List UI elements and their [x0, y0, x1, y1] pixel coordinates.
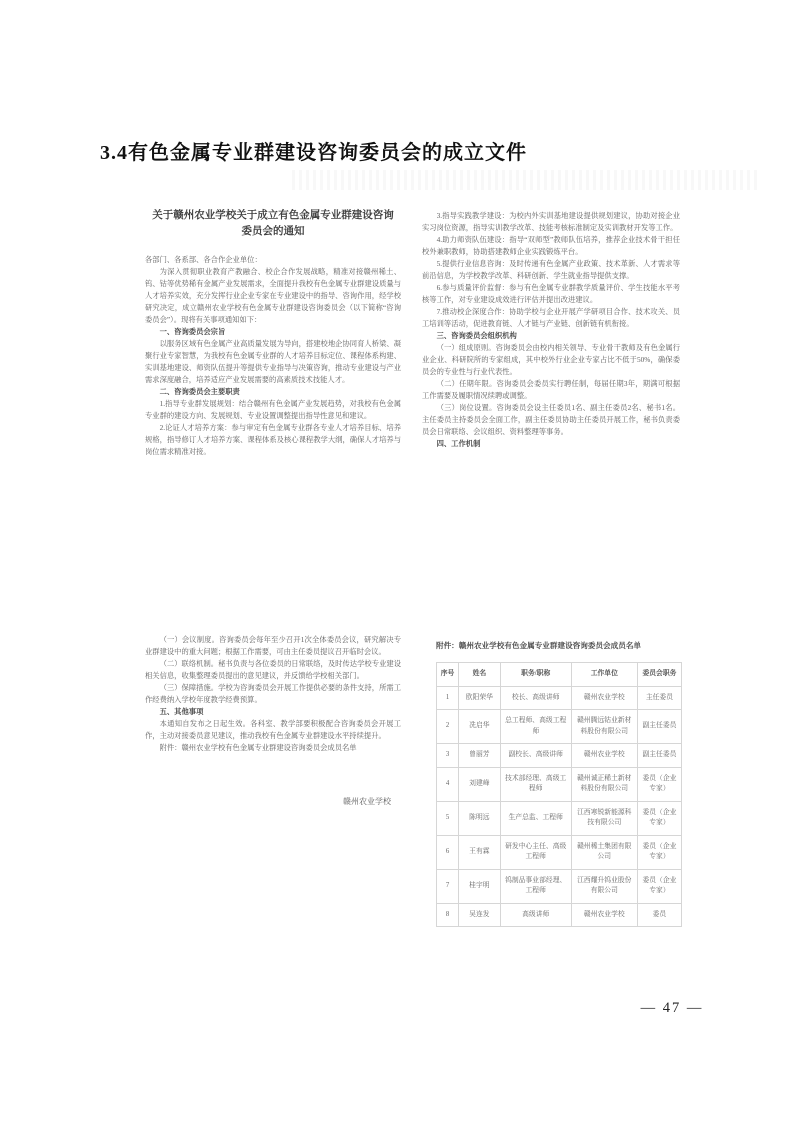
members-table: 序号 姓名 职务/职称 工作单位 委员会职务 1 欧阳荣华 校长、高级讲师 赣州… [436, 662, 682, 927]
cell-unit: 赣州稀土集团有限公司 [571, 835, 637, 869]
notice-paragraph: （三）保障措施。学校为咨询委员会开展工作提供必要的条件支持，所需工作经费纳入学校… [145, 682, 401, 706]
notice-paragraph: （三）岗位设置。咨询委员会设主任委员1名、副主任委员2名、秘书1名。主任委员主持… [422, 402, 680, 438]
cell-no: 4 [437, 767, 459, 801]
cell-role: 委员（企业专家） [637, 835, 681, 869]
notice-paragraph: 7.推动校企深度合作：协助学校与企业开展产学研项目合作、技术攻关、员工培训等活动… [422, 306, 680, 330]
table-row: 1 欧阳荣华 校长、高级讲师 赣州农业学校 主任委员 [437, 686, 682, 710]
notice-section-3-heading: 三、咨询委员会组织机构 [422, 330, 680, 342]
scan-artifact-band [292, 170, 758, 190]
cell-title: 总工程师、高级工程师 [500, 710, 571, 744]
notice-paragraph: 6.参与质量评价监督：参与有色金属专业群教学质量评价、学生技能水平考核等工作，对… [422, 282, 680, 306]
notice-paragraph: 4.助力师资队伍建设：指导“双师型”教师队伍培养，推荐企业技术骨干担任校外兼职教… [422, 234, 680, 258]
cell-name: 吴连发 [459, 903, 501, 927]
notice-paragraph: 3.指导实践教学建设：为校内外实训基地建设提供规划建议，协助对接企业实习岗位资源… [422, 210, 680, 234]
section-heading: 3.4有色金属专业群建设咨询委员会的成立文件 [100, 136, 700, 165]
notice-paragraph: 本通知自发布之日起生效。各科室、教学部要积极配合咨询委员会开展工作，主动对接委员… [145, 718, 401, 742]
cell-name: 欧阳荣华 [459, 686, 501, 710]
cell-unit: 赣州农业学校 [571, 744, 637, 768]
cell-role: 委员 [637, 903, 681, 927]
notice-paragraph: （二）联络机制。秘书负责与各位委员的日常联络，及时传达学校专业建设相关信息，收集… [145, 658, 401, 682]
notice-page-1: 关于赣州农业学校关于成立有色金属专业群建设咨询委员会的通知 各部门、各系部、各合… [145, 208, 401, 458]
cell-name: 冼启华 [459, 710, 501, 744]
table-row: 4 刘建峰 技术部经理、高级工程师 赣州诚正稀土新材料股份有限公司 委员（企业专… [437, 767, 682, 801]
attachment-title: 附件：赣州农业学校有色金属专业群建设咨询委员会成员名单 [436, 640, 682, 652]
cell-title: 钨制品事业部经理、工程师 [500, 869, 571, 903]
cell-unit: 江西寒锐新能源科技有限公司 [571, 801, 637, 835]
notice-section-1-heading: 一、咨询委员会宗旨 [145, 326, 401, 338]
notice-paragraph: 1.指导专业群发展规划：结合赣州有色金属产业发展趋势，对我校有色金属专业群的建设… [145, 398, 401, 422]
column-header: 职务/职称 [500, 663, 571, 687]
table-row: 2 冼启华 总工程师、高级工程师 赣州腾远钴业新材料股份有限公司 副主任委员 [437, 710, 682, 744]
notice-title: 关于赣州农业学校关于成立有色金属专业群建设咨询委员会的通知 [151, 208, 395, 240]
cell-role: 委员（企业专家） [637, 767, 681, 801]
cell-no: 1 [437, 686, 459, 710]
column-header: 委员会职务 [637, 663, 681, 687]
notice-salutation: 各部门、各系部、各合作企业单位： [145, 254, 401, 266]
notice-attachment-note: 附件：赣州农业学校有色金属专业群建设咨询委员会成员名单 [145, 742, 401, 754]
cell-unit: 赣州农业学校 [571, 686, 637, 710]
notice-paragraph-intro: 为深入贯彻职业教育产教融合、校企合作发展战略，精准对接赣州稀土、钨、钴等优势稀有… [145, 266, 401, 326]
cell-name: 桂宇明 [459, 869, 501, 903]
notice-paragraph: 以服务区域有色金属产业高质量发展为导向，搭建校地企协同育人桥梁、凝聚行业专家智慧… [145, 338, 401, 386]
document-page: { "page": { "heading": "3.4有色金属专业群建设咨询委员… [0, 0, 794, 1123]
cell-role: 主任委员 [637, 686, 681, 710]
cell-name: 曾丽芳 [459, 744, 501, 768]
notice-paragraph: （二）任期年限。咨询委员会委员实行聘任制，每届任期3年，期满可根据工作需要及履职… [422, 378, 680, 402]
notice-page-3: （一）会议制度。咨询委员会每年至少召开1次全体委员会议，研究解决专业群建设中的重… [145, 634, 401, 816]
table-row: 7 桂宇明 钨制品事业部经理、工程师 江西耀升钨业股份有限公司 委员（企业专家） [437, 869, 682, 903]
cell-role: 副主任委员 [637, 710, 681, 744]
table-row: 3 曾丽芳 副校长、高级讲师 赣州农业学校 副主任委员 [437, 744, 682, 768]
cell-title: 校长、高级讲师 [500, 686, 571, 710]
column-header: 工作单位 [571, 663, 637, 687]
notice-paragraph: （一）组成原则。咨询委员会由校内相关领导、专业骨干教师及有色金属行业企业、科研院… [422, 342, 680, 378]
cell-title: 技术部经理、高级工程师 [500, 767, 571, 801]
notice-section-4-heading: 四、工作机制 [422, 438, 680, 450]
cell-no: 6 [437, 835, 459, 869]
cell-title: 副校长、高级讲师 [500, 744, 571, 768]
table-row: 5 陈明远 生产总监、工程师 江西寒锐新能源科技有限公司 委员（企业专家） [437, 801, 682, 835]
column-header: 序号 [437, 663, 459, 687]
table-header-row: 序号 姓名 职务/职称 工作单位 委员会职务 [437, 663, 682, 687]
notice-paragraph: 2.论证人才培养方案：参与审定有色金属专业群各专业人才培养目标、培养规格，指导修… [145, 422, 401, 458]
table-row: 8 吴连发 高级讲师 赣州农业学校 委员 [437, 903, 682, 927]
cell-unit: 赣州诚正稀土新材料股份有限公司 [571, 767, 637, 801]
attachment-page: 附件：赣州农业学校有色金属专业群建设咨询委员会成员名单 序号 姓名 职务/职称 … [436, 640, 682, 927]
notice-section-2-heading: 二、咨询委员会主要职责 [145, 386, 401, 398]
cell-name: 陈明远 [459, 801, 501, 835]
page-number: — 47 — [612, 1000, 732, 1017]
cell-unit: 江西耀升钨业股份有限公司 [571, 869, 637, 903]
cell-role: 委员（企业专家） [637, 801, 681, 835]
cell-no: 2 [437, 710, 459, 744]
cell-unit: 赣州腾远钴业新材料股份有限公司 [571, 710, 637, 744]
cell-name: 王有霖 [459, 835, 501, 869]
cell-unit: 赣州农业学校 [571, 903, 637, 927]
cell-no: 5 [437, 801, 459, 835]
cell-role: 委员（企业专家） [637, 869, 681, 903]
notice-paragraph: （一）会议制度。咨询委员会每年至少召开1次全体委员会议，研究解决专业群建设中的重… [145, 634, 401, 658]
cell-no: 3 [437, 744, 459, 768]
cell-name: 刘建峰 [459, 767, 501, 801]
notice-page-2: 3.指导实践教学建设：为校内外实训基地建设提供规划建议，协助对接企业实习岗位资源… [422, 210, 680, 450]
notice-signature: 赣州农业学校 [145, 796, 401, 808]
cell-title: 生产总监、工程师 [500, 801, 571, 835]
notice-section-5-heading: 五、其他事项 [145, 706, 401, 718]
notice-paragraph: 5.提供行业信息咨询：及时传递有色金属产业政策、技术革新、人才需求等前沿信息，为… [422, 258, 680, 282]
cell-role: 副主任委员 [637, 744, 681, 768]
column-header: 姓名 [459, 663, 501, 687]
cell-no: 7 [437, 869, 459, 903]
cell-title: 高级讲师 [500, 903, 571, 927]
cell-title: 研发中心主任、高级工程师 [500, 835, 571, 869]
table-row: 6 王有霖 研发中心主任、高级工程师 赣州稀土集团有限公司 委员（企业专家） [437, 835, 682, 869]
cell-no: 8 [437, 903, 459, 927]
